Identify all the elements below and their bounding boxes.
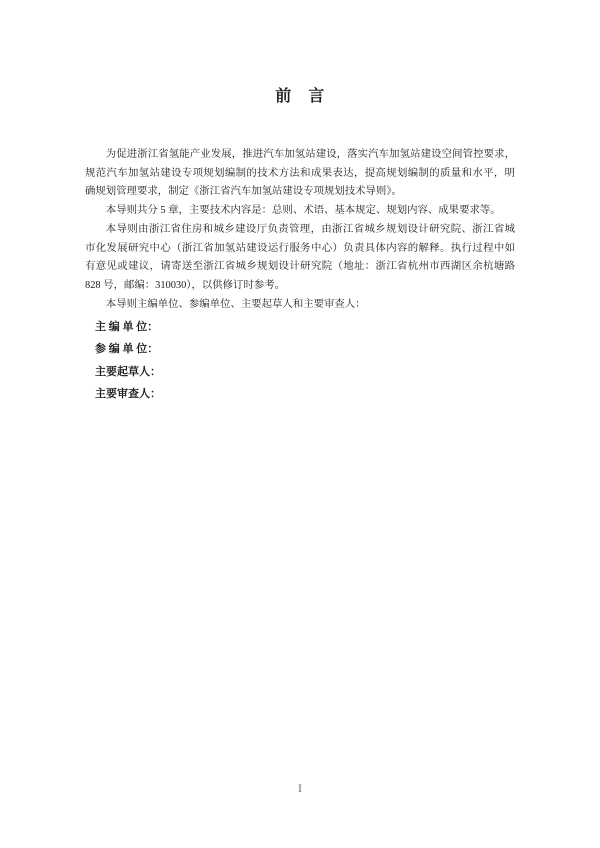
- preface-paragraph: 本导则共分 5 章，主要技术内容是：总则、术语、基本规定、规划内容、成果要求等。: [85, 202, 515, 221]
- credit-label: 主 编 单 位：: [95, 316, 161, 338]
- text-line: 确规划管理要求，制定《浙江省汽车加氢站建设专项规划技术导则》。: [85, 183, 515, 202]
- text-line: 有意见或建议，请寄送至浙江省城乡规划设计研究院（地址：浙江省杭州市西湖区余杭塘路: [85, 258, 515, 277]
- credit-label: 主要审查人：: [95, 383, 161, 405]
- page-number: I: [0, 781, 600, 796]
- text-line: 规范汽车加氢站建设专项规划编制的技术方法和成果表达，提高规划编制的质量和水平，明: [85, 165, 515, 184]
- document-viewport: { "document": { "title": "前 言", "paragra…: [0, 0, 600, 848]
- preface-body: 为促进浙江省氢能产业发展，推进汽车加氢站建设，落实汽车加氢站建设空间管控要求，规…: [85, 146, 515, 314]
- page-title: 前 言: [0, 89, 600, 105]
- preface-paragraph: 为促进浙江省氢能产业发展，推进汽车加氢站建设，落实汽车加氢站建设空间管控要求，规…: [85, 146, 515, 202]
- text-line: 市化发展研究中心（浙江省加氢站建设运行服务中心）负责具体内容的解释。执行过程中如: [85, 240, 515, 259]
- document-page: 前 言 为促进浙江省氢能产业发展，推进汽车加氢站建设，落实汽车加氢站建设空间管控…: [0, 0, 600, 848]
- preface-paragraph: 本导则主编单位、参编单位、主要起草人和主要审查人：: [85, 296, 515, 315]
- text-line: 本导则主编单位、参编单位、主要起草人和主要审查人：: [85, 296, 515, 315]
- credit-label: 参 编 单 位：: [95, 338, 161, 360]
- credits-section: 主 编 单 位： 参 编 单 位： 主要起草人： 主要审查人：: [95, 316, 161, 406]
- text-line: 828 号，邮编：310030），以供修订时参考。: [85, 277, 515, 296]
- text-line: 为促进浙江省氢能产业发展，推进汽车加氢站建设，落实汽车加氢站建设空间管控要求，: [85, 146, 515, 165]
- preface-paragraph: 本导则由浙江省住房和城乡建设厅负责管理，由浙江省城乡规划设计研究院、浙江省城市化…: [85, 221, 515, 296]
- text-line: 本导则共分 5 章，主要技术内容是：总则、术语、基本规定、规划内容、成果要求等。: [85, 202, 515, 221]
- credit-label: 主要起草人：: [95, 361, 161, 383]
- text-line: 本导则由浙江省住房和城乡建设厅负责管理，由浙江省城乡规划设计研究院、浙江省城: [85, 221, 515, 240]
